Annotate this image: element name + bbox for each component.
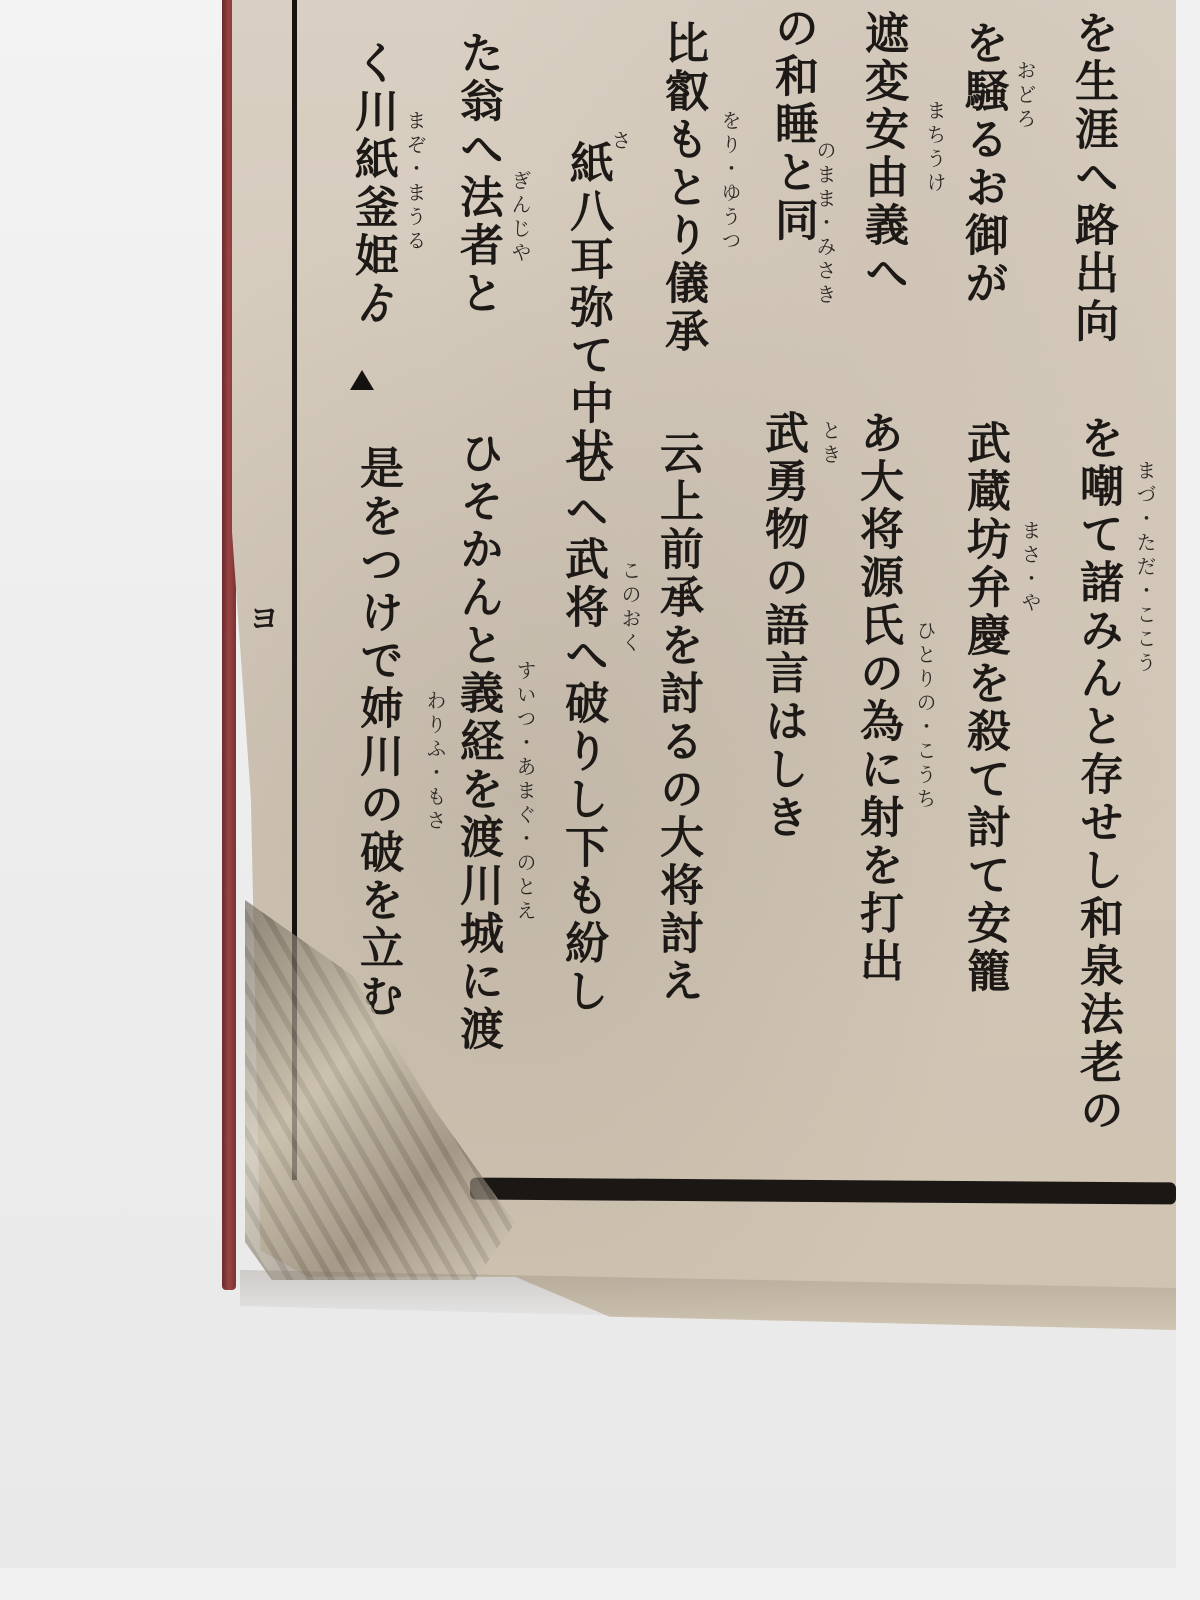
ruby-gloss: すいつ・あまぐ・のとえ [515, 660, 535, 924]
text-column: 七ヘ武将へ破りし下も紛し [560, 440, 604, 1016]
text-column: ひそかんと義経を渡川城に渡 [455, 430, 499, 1054]
text-column: 比叡もとり儀承 [660, 20, 704, 356]
ruby-gloss: ひとりの・こうち [915, 620, 935, 812]
ruby-gloss: まさ・や [1020, 520, 1040, 616]
ruby-gloss: とき [820, 420, 840, 468]
ruby-gloss: このおく [620, 560, 640, 656]
ruby-gloss: まちうけ [925, 100, 945, 196]
margin-marker: ヨ [244, 596, 284, 636]
text-column: た翁へ法者と [455, 30, 499, 318]
text-column: 遮変安由義へ [860, 10, 904, 298]
text-column: を嘲て諸みんと存せし和泉法老の [1075, 415, 1119, 1135]
text-column: 武勇物の語言はしき [760, 410, 804, 842]
text-column: 云上前承を討るの大将討え [655, 430, 699, 1006]
triangle-section-mark-icon [350, 370, 374, 390]
ruby-gloss: さ [610, 130, 630, 154]
text-column: 紙八耳弥て中状 [565, 140, 609, 476]
text-column: あ大将源氏の為に射を打出 [855, 410, 899, 986]
ruby-gloss: のまま・みさき [815, 140, 835, 308]
text-column: 是をつけで姉川の破を立む [355, 445, 399, 1021]
text-column: く川紙釜姫ゟ [350, 40, 394, 328]
ruby-gloss: ぎんじや [510, 170, 530, 266]
text-column: を生涯へ路出向 [1070, 10, 1114, 346]
ruby-gloss: まづ・ただ・ここう [1135, 460, 1155, 676]
ruby-gloss: まぞ・まうる [405, 110, 425, 254]
text-column: を騒るお御が [960, 20, 1004, 308]
text-column: の和睡と同 [770, 5, 814, 245]
text-column: 武蔵坊弁慶を殺て討て安籠 [962, 420, 1006, 996]
ruby-gloss: をり・ゆうつ [720, 110, 740, 254]
ruby-gloss: わりふ・もさ [425, 690, 445, 834]
ruby-gloss: おどろ [1015, 60, 1035, 132]
